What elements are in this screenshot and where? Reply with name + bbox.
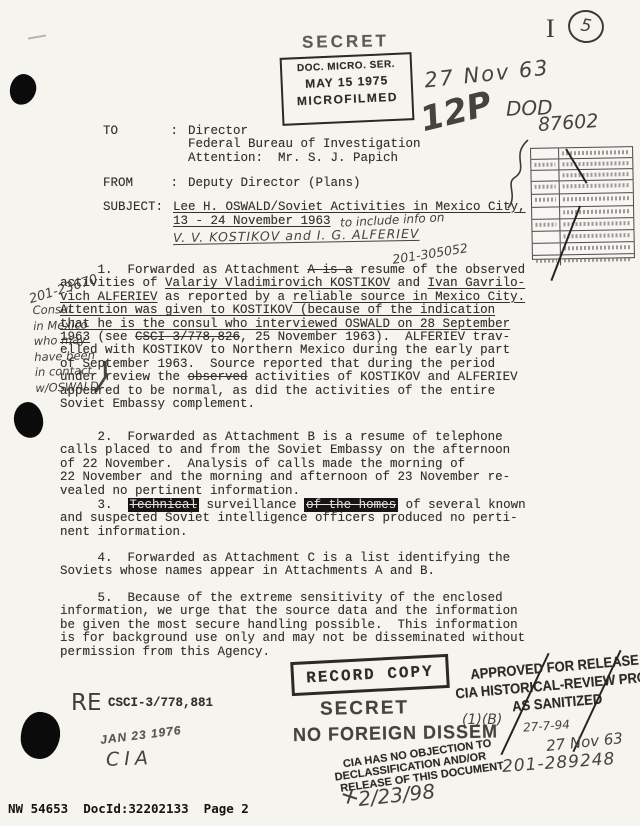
routing-stamp <box>530 146 635 260</box>
secret-bottom-stamp: SECRET <box>320 697 409 721</box>
archive-footer: NW 54653 DocId:32202133 Page 2 <box>8 801 249 816</box>
subject-label: SUBJECT: <box>103 201 163 214</box>
subject-line1: Lee H. OSWALD/Soviet Activities in Mexic… <box>173 201 526 214</box>
microfilm-stamp-box: DOC. MICRO. SER. MAY 15 1975 MICROFILMED <box>280 52 415 126</box>
from-label: FROM : <box>103 177 178 190</box>
paragraph-1: 1. Forwarded as Attachment A is a resume… <box>60 264 525 411</box>
hole-punch-mark-bottom <box>19 710 63 761</box>
from-value: Deputy Director (Plans) <box>188 177 361 190</box>
paragraph-4: 4. Forwarded as Attachment C is a list i… <box>60 552 510 579</box>
circled-page-number: 5 <box>566 8 606 46</box>
record-copy-stamp-text: RECORD COPY <box>306 663 434 688</box>
scanned-memo-page: SECRET DOC. MICRO. SER. MAY 15 1975 MICR… <box>0 0 640 826</box>
jan-date-stamp: JAN 23 1976 <box>99 723 182 747</box>
handwritten-file-bottom: 201-289248 <box>501 749 616 777</box>
subject-handwritten-addition-2: V. V. KOSTIKOV and I. G. ALFERIEV <box>173 226 420 245</box>
hole-punch-mark-middle <box>12 400 46 440</box>
page-roman-numeral: I <box>546 14 555 44</box>
pencil-dash-mark <box>28 34 46 39</box>
secret-top-stamp: SECRET <box>302 31 389 53</box>
handwritten-dod-number: 87602 <box>537 110 599 136</box>
circled-page-number-value: 5 <box>579 15 593 36</box>
to-label: TO : <box>103 125 178 138</box>
paragraph-2: 2. Forwarded as Attachment B is a resume… <box>60 431 510 498</box>
microfilm-stamp-line3: MICROFILMED <box>283 89 411 109</box>
handwritten-cia: CIA <box>106 747 154 771</box>
record-copy-stamp: RECORD COPY <box>290 654 450 696</box>
reference-number: CSCI-3/778,881 <box>108 697 213 710</box>
handwritten-sanitized-date: 27-7-94 <box>523 717 571 734</box>
to-value: Director Federal Bureau of Investigation… <box>188 125 421 165</box>
paragraph-5: 5. Because of the extreme sensitivity of… <box>60 592 525 659</box>
handwritten-12p: 12P <box>416 84 496 140</box>
paragraph-3: 3. Technical surveillance of the homes o… <box>60 499 526 539</box>
re-mark: RE <box>71 690 102 716</box>
subject-line2: 13 - 24 November 1963 <box>173 215 331 228</box>
hole-punch-mark-top <box>7 72 39 108</box>
microfilm-stamp-line2: MAY 15 1975 <box>282 72 410 92</box>
